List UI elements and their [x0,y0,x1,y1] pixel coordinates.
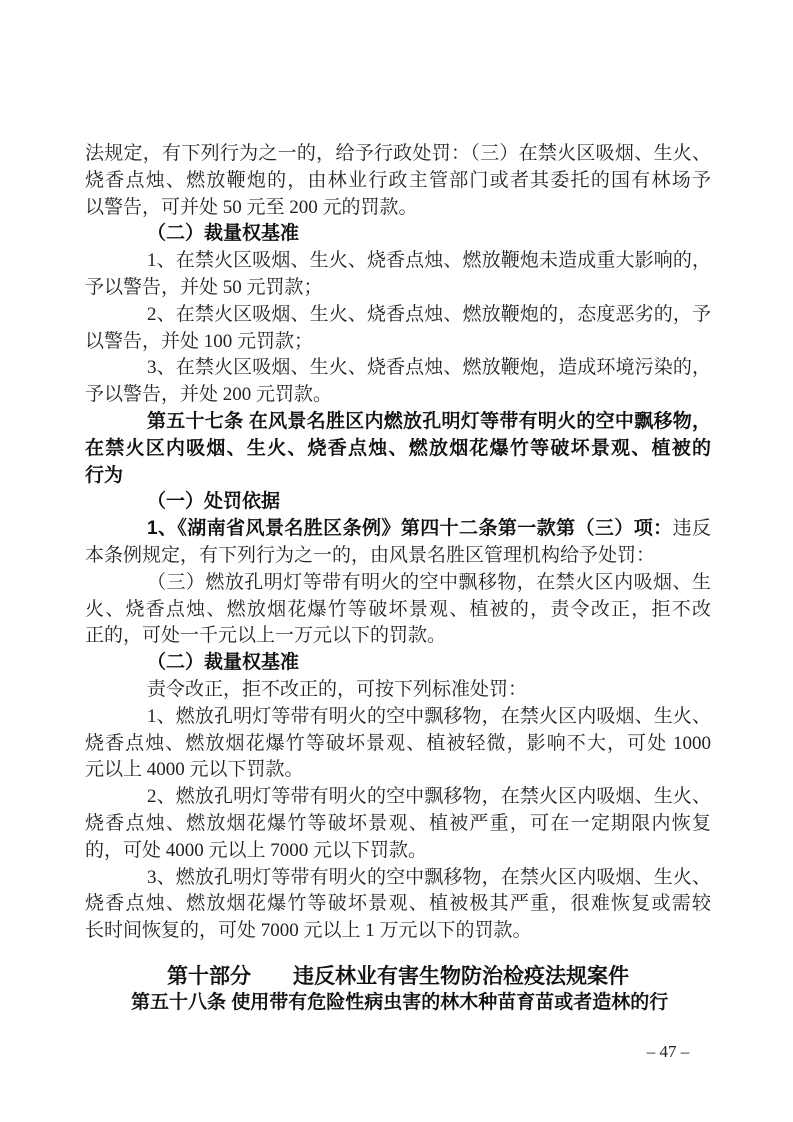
text-line: 予以警告，并处 50 元罚款； [85,275,711,302]
bold-text-line: 第五十七条 在风景名胜区内燃放孔明灯等带有明火的空中飘移物， [85,409,711,436]
text-line: 2、在禁火区吸烟、生火、烧香点烛、燃放鞭炮的，态度恶劣的，予 [85,302,711,329]
text-run: 违反 [673,518,711,539]
text-line: 烧香点烛、燃放烟花爆竹等破坏景观、植被极其严重，很难恢复或需较 [85,891,711,918]
text-line: 烧香点烛、燃放鞭炮的，由林业行政主管部门或者其委托的国有林场予 [85,168,711,195]
text-line: 责令改正，拒不改正的，可按下列标准处罚： [85,677,711,704]
text-line: 元以上 4000 元以下罚款。 [85,757,711,784]
document-content: 法规定，有下列行为之一的，给予行政处罚：（三）在禁火区吸烟、生火、烧香点烛、燃放… [85,141,711,1017]
text-line: 烧香点烛、燃放烟花爆竹等破坏景观、植被轻微，影响不大，可处 1000 [85,731,711,758]
text-line: 长时间恢复的，可处 7000 元以上 1 万元以下的罚款。 [85,918,711,945]
text-line: 1、燃放孔明灯等带有明火的空中飘移物，在禁火区内吸烟、生火、 [85,704,711,731]
text-line: 法规定，有下列行为之一的，给予行政处罚：（三）在禁火区吸烟、生火、 [85,141,711,168]
bold-text-line: 行为 [85,463,711,490]
page-number: – 47 – [628,1042,708,1062]
text-line: 的，可处 4000 元以上 7000 元以下罚款。 [85,838,711,865]
bold-text-line: 第五十八条 使用带有危险性病虫害的林木种苗育苗或者造林的行 [85,990,711,1017]
text-line: 正的，可处一千元以上一万元以下的罚款。 [85,623,711,650]
bold-text-line: 在禁火区内吸烟、生火、烧香点烛、燃放烟花爆竹等破坏景观、植被的 [85,436,711,463]
bold-text-line: （二）裁量权基准 [85,650,711,677]
text-line: 2、燃放孔明灯等带有明火的空中飘移物，在禁火区内吸烟、生火、 [85,784,711,811]
bold-text-line: （一）处罚依据 [85,489,711,516]
text-line: 3、燃放孔明灯等带有明火的空中飘移物，在禁火区内吸烟、生火、 [85,865,711,892]
text-line: 以警告，可并处 50 元至 200 元的罚款。 [85,195,711,222]
text-line: 烧香点烛、燃放烟花爆竹等破坏景观、植被严重，可在一定期限内恢复 [85,811,711,838]
text-line: 予以警告，并处 200 元罚款。 [85,382,711,409]
text-line: 本条例规定，有下列行为之一的，由风景名胜区管理机构给予处罚： [85,543,711,570]
text-line: 1、《湖南省风景名胜区条例》第四十二条第一款第（三）项：违反 [85,516,711,543]
bold-text-run: 1、《湖南省风景名胜区条例》第四十二条第一款第（三）项： [147,518,673,539]
document-page: 法规定，有下列行为之一的，给予行政处罚：（三）在禁火区吸烟、生火、烧香点烛、燃放… [0,0,793,1122]
bold-text-line: （二）裁量权基准 [85,221,711,248]
text-line: 3、在禁火区吸烟、生火、烧香点烛、燃放鞭炮，造成环境污染的， [85,355,711,382]
text-line: （三）燃放孔明灯等带有明火的空中飘移物，在禁火区内吸烟、生 [85,570,711,597]
text-line: 以警告，并处 100 元罚款； [85,329,711,356]
section-heading: 第十部分 违反林业有害生物防治检疫法规案件 [85,963,711,990]
text-line: 火、烧香点烛、燃放烟花爆竹等破坏景观、植被的，责令改正，拒不改 [85,597,711,624]
text-line: 1、在禁火区吸烟、生火、烧香点烛、燃放鞭炮未造成重大影响的， [85,248,711,275]
